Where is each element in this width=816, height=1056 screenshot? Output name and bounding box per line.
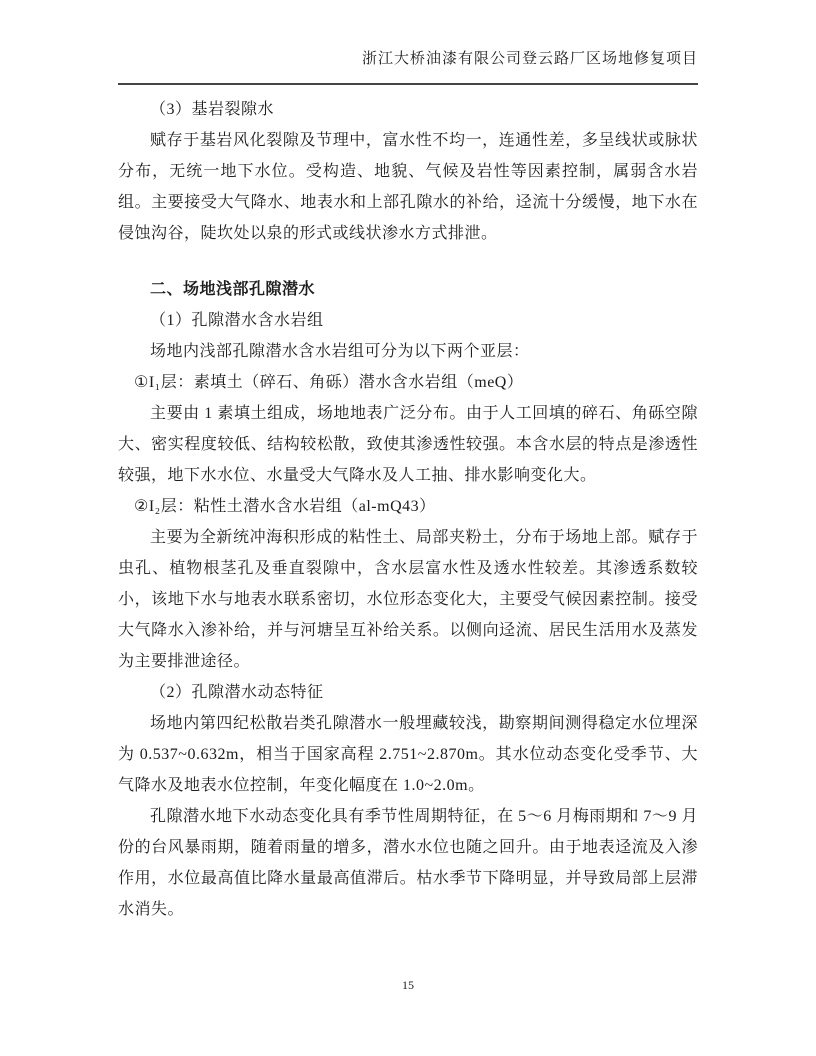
- document-page: 浙江大桥油漆有限公司登云路厂区场地修复项目 （3）基岩裂隙水 赋存于基岩风化裂隙…: [0, 0, 816, 1056]
- paragraph-bedrock-fissure-water: 赋存于基岩风化裂隙及节理中，富水性不均一，连通性差，多呈线状或脉状分布，无统一地…: [118, 125, 698, 249]
- paragraph-layer-2-description: 主要为全新统冲海积形成的粘性土、局部夹粉土，分布于场地上部。赋存于虫孔、植物根茎…: [118, 522, 698, 677]
- document-body: （3）基岩裂隙水 赋存于基岩风化裂隙及节理中，富水性不均一，连通性差，多呈线状或…: [118, 94, 698, 925]
- paragraph-water-level-depth: 场地内第四纪松散岩类孔隙潜水一般埋藏较浅，勘察期间测得稳定水位埋深为 0.537…: [118, 708, 698, 801]
- page-number: 15: [402, 978, 414, 992]
- subsection-heading-aquifer-group: （1）孔隙潜水含水岩组: [118, 305, 698, 336]
- paragraph-sublayer-intro: 场地内浅部孔隙潜水含水岩组可分为以下两个亚层：: [118, 336, 698, 367]
- header-title: 浙江大桥油漆有限公司登云路厂区场地修复项目: [362, 51, 698, 67]
- page-footer: 15: [0, 977, 816, 993]
- paragraph-layer-1-description: 主要由 1 素填土组成，场地地表广泛分布。由于人工回填的碎石、角砾空隙大、密实程…: [118, 398, 698, 491]
- paragraph-seasonal-variation: 孔隙潜水地下水动态变化具有季节性周期特征，在 5～6 月梅雨期和 7～9 月份的…: [118, 801, 698, 925]
- subsection-heading-dynamic-characteristics: （2）孔隙潜水动态特征: [118, 677, 698, 708]
- section-heading-shallow-pore-phreatic-water: 二、场地浅部孔隙潜水: [118, 274, 698, 305]
- subsection-heading-bedrock-fissure-water: （3）基岩裂隙水: [118, 94, 698, 125]
- page-header: 浙江大桥油漆有限公司登云路厂区场地修复项目: [118, 0, 698, 85]
- layer-1-title: ①I₁层：素填土（碎石、角砾）潜水含水岩组（meQ）: [118, 367, 698, 398]
- layer-2-title: ②I₂层：粘性土潜水含水岩组（al-mQ43）: [118, 491, 698, 522]
